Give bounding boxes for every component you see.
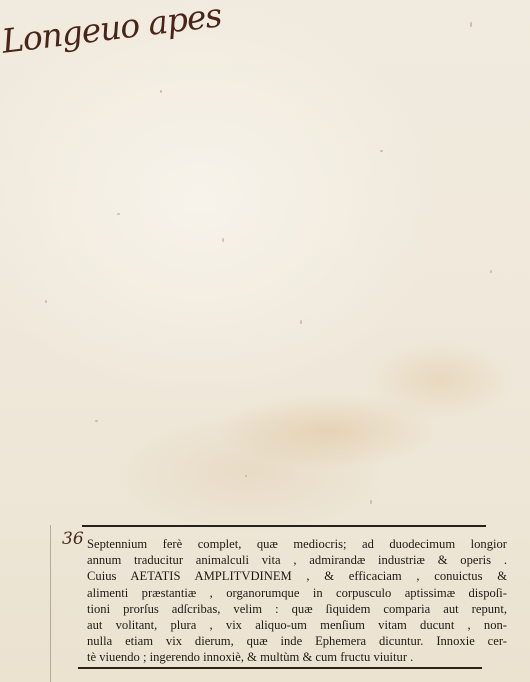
paper-speck [370, 500, 372, 504]
footnote-number: 36 [62, 529, 84, 549]
paper-speck [117, 213, 120, 215]
top-rule [82, 525, 486, 527]
paper-speck [490, 270, 492, 273]
paper-speck [160, 90, 162, 93]
paper-speck [245, 475, 247, 477]
text-line: nulla etiam vix dierum, quæ inde Ephemer… [87, 633, 507, 649]
paper-speck [470, 22, 472, 27]
frame-line [50, 525, 51, 682]
paper-speck [380, 150, 383, 152]
paper-speck [95, 420, 98, 422]
paragraph: Septennium ferè complet, quæ mediocris; … [87, 536, 507, 666]
bottom-rule [78, 667, 482, 669]
handwritten-annotation: Longeuo apes [0, 0, 223, 61]
paper-speck [45, 300, 47, 303]
text-line: tè viuendo ; ingerendo innoxiè, & multùm… [87, 649, 507, 665]
text-line: aut volitant, plura , vix aliquo-um menſ… [87, 617, 507, 633]
text-line: Cuius AETATIS AMPLITVDINEM , & efficacia… [87, 568, 507, 584]
printed-text-block: 36 Septennium ferè complet, quæ mediocri… [50, 525, 528, 665]
text-line: tioni prorſus adſcribas, velim : quæ ſiq… [87, 601, 507, 617]
paper-speck [222, 238, 224, 242]
text-line: annum traducitur animalculi vita , admir… [87, 552, 507, 568]
text-line: alimenti præstantiæ , organorumque in co… [87, 585, 507, 601]
scanned-page: Longeuo apes 36 Septennium ferè complet,… [0, 0, 530, 682]
paper-speck [300, 320, 302, 324]
text-line: Septennium ferè complet, quæ mediocris; … [87, 536, 507, 552]
